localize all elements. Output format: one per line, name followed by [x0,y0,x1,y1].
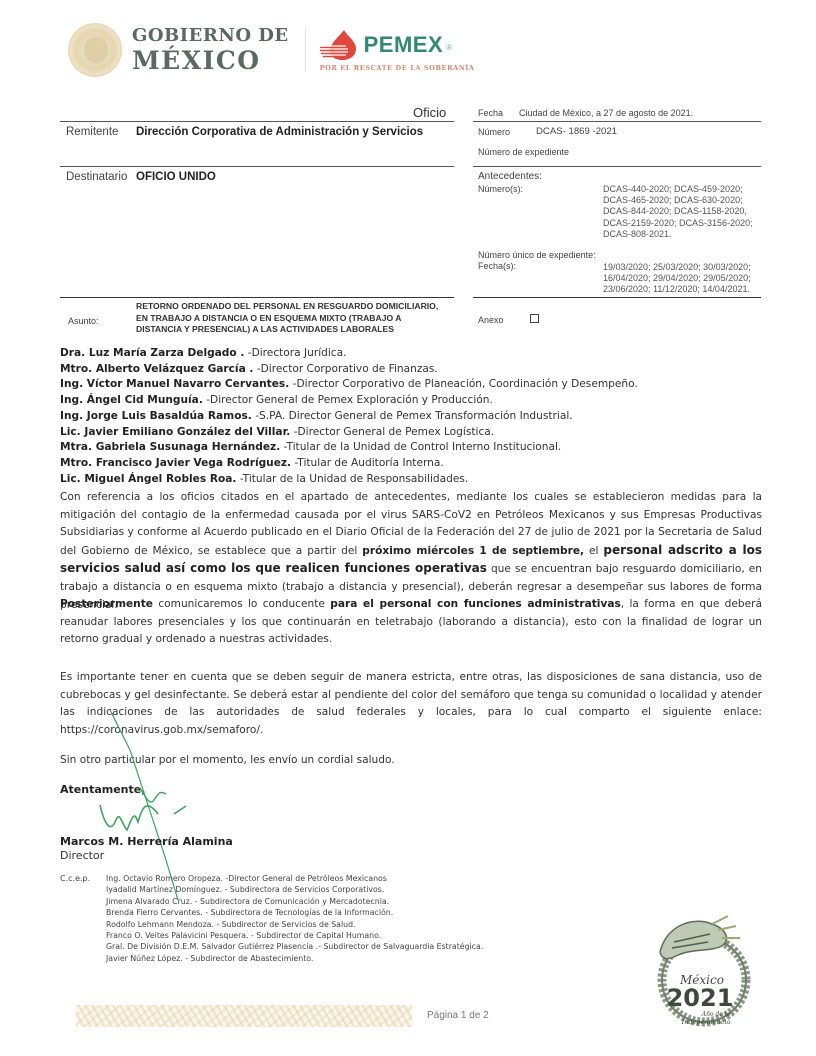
doc-type: Oficio [413,105,446,120]
numero-ref: DCAS-2159-2020; DCAS-3156-2020; [603,218,753,229]
pemex-wordmark: PEMEX [364,32,444,58]
fecha-ref: 23/06/2020; 11/12/2020; 14/04/2021. [603,284,751,295]
fecha-ref: 16/04/2020; 29/04/2020; 29/05/2020; [603,273,751,284]
antecedentes-label: Antecedentes: [478,171,542,182]
divider [473,121,761,122]
paragraph-3: Es importante tener en cuenta que se deb… [60,669,762,739]
semaforo-link[interactable]: https://coronavirus.gob.mx/semaforo/. [60,724,263,736]
gobierno-line1: GOBIERNO DE [132,27,289,45]
pemex-drop-logo-icon [320,29,360,61]
addressee: Mtro. Alberto Velázquez García . -Direct… [60,362,638,378]
addressee: Dra. Luz María Zarza Delgado . -Director… [60,346,638,362]
pemex-logo: PEMEX ® POR EL RESCATE DE LA SOBERANÍA [320,29,475,72]
divider [473,166,761,167]
numeros-list: DCAS-440-2020; DCAS-459-2020; DCAS-465-2… [603,184,753,240]
remitente-label: Remitente [66,126,118,138]
anexo-label: Anexo [478,315,504,325]
numero-ref: DCAS-440-2020; DCAS-459-2020; [603,184,753,195]
signer-name: Marcos M. Herrería Alamina [60,835,233,849]
divider [60,166,454,167]
numeros-label: Número(s): [478,184,523,194]
numero-label: Número [478,127,510,137]
signer-block: Marcos M. Herrería Alamina Director [60,835,233,863]
logo-divider [305,28,306,72]
destinatario-label: Destinatario [66,171,127,183]
ccep-item: Brenda Fierro Cervantes. - Subdirectora … [106,907,483,918]
svg-text:2021: 2021 [667,984,734,1012]
page-number: Página 1 de 2 [427,1010,489,1021]
remitente-value: Dirección Corporativa de Administración … [136,126,423,138]
fecha-ref: 19/03/2020; 25/03/2020; 30/03/2020; [603,262,751,273]
asunto-line: RETORNO ORDENADO DEL PERSONAL EN RESGUAR… [136,301,438,313]
svg-text:Año de la: Año de la [701,1011,731,1018]
ccep-item: Iyadalid Martínez Domínguez. - Subdirect… [106,884,483,895]
destinatario-value: OFICIO UNIDO [136,171,216,183]
ccep-item: Rodolfo Lehmann Mendoza. - Subdirector d… [106,919,483,930]
addressee: Lic. Miguel Ángel Robles Roa. -Titular d… [60,472,638,488]
addressee: Ing. Ángel Cid Munguía. -Director Genera… [60,393,638,409]
fechas-list: 19/03/2020; 25/03/2020; 30/03/2020; 16/0… [603,262,751,296]
expediente-unico-label: Número único de expediente: [478,250,596,260]
gobierno-line2: MÉXICO [132,48,289,73]
mexico-2021-emblem-icon: México 2021 Año de la Independencia [652,912,752,1030]
expediente-label: Número de expediente [478,147,569,157]
pemex-slogan: POR EL RESCATE DE LA SOBERANÍA [320,64,475,72]
divider [473,297,761,298]
divider [60,297,454,298]
ccep-item: Jimena Alvarado Cruz. - Subdirectora de … [106,896,483,907]
svg-text:Independencia: Independencia [681,1018,731,1026]
ccep-item: Ing. Octavio Romero Oropeza. -Director G… [106,873,483,884]
letterhead-logos: GOBIERNO DE MÉXICO [68,22,475,78]
addressee: Ing. Jorge Luis Basaldúa Ramos. -S.PA. D… [60,409,638,425]
paragraph-2: Posteriormente comunicaremos lo conducen… [60,596,762,649]
footer-pattern [76,1005,412,1027]
salutation: Atentamente, [60,783,145,796]
ccep-item: Gral. De División D.E.M. Salvador Gutiér… [106,941,483,952]
asunto-line: EN TRABAJO A DISTANCIA O EN ESQUEMA MIXT… [136,313,438,325]
addressee-list: Dra. Luz María Zarza Delgado . -Director… [60,346,638,487]
asunto-line: DISTANCIA Y PRESENCIAL) A LAS ACTIVIDADE… [136,324,438,336]
ccep-label: C.c.e.p. [60,874,90,883]
asunto-label: Asunto: [68,316,99,326]
anexo-checkbox[interactable] [530,314,539,323]
fecha-value: Ciudad de México, a 27 de agosto de 2021… [519,108,693,118]
ccep-item: Javier Núñez López. - Subdirector de Aba… [106,953,483,964]
ccep-list: Ing. Octavio Romero Oropeza. -Director G… [106,873,483,964]
signer-title: Director [60,849,233,863]
numero-ref: DCAS-844-2020; DCAS-1158-2020, [603,206,753,217]
addressee: Ing. Víctor Manuel Navarro Cervantes. -D… [60,377,638,393]
fechas-label: Fecha(s): [478,261,516,271]
addressee: Mtra. Gabriela Susunaga Hernández. -Titu… [60,440,638,456]
paragraph-4: Sin otro particular por el momento, les … [60,752,762,770]
gobierno-de-mexico-logo: GOBIERNO DE MÉXICO [132,27,289,73]
national-seal-icon [68,23,122,77]
registered-mark: ® [446,43,452,52]
addressee: Mtro. Francisco Javier Vega Rodríguez. -… [60,456,638,472]
asunto-value: RETORNO ORDENADO DEL PERSONAL EN RESGUAR… [136,301,438,336]
ccep-item: Franco O. Veites Palavicini Pesquera. - … [106,930,483,941]
addressee: Lic. Javier Emiliano González del Villar… [60,425,638,441]
fecha-label: Fecha [478,108,503,118]
divider [60,121,454,122]
numero-ref: DCAS-465-2020; DCAS-630-2020; [603,195,753,206]
numero-ref: DCAS-808-2021. [603,229,753,240]
numero-value: DCAS- 1869 -2021 [536,126,617,137]
